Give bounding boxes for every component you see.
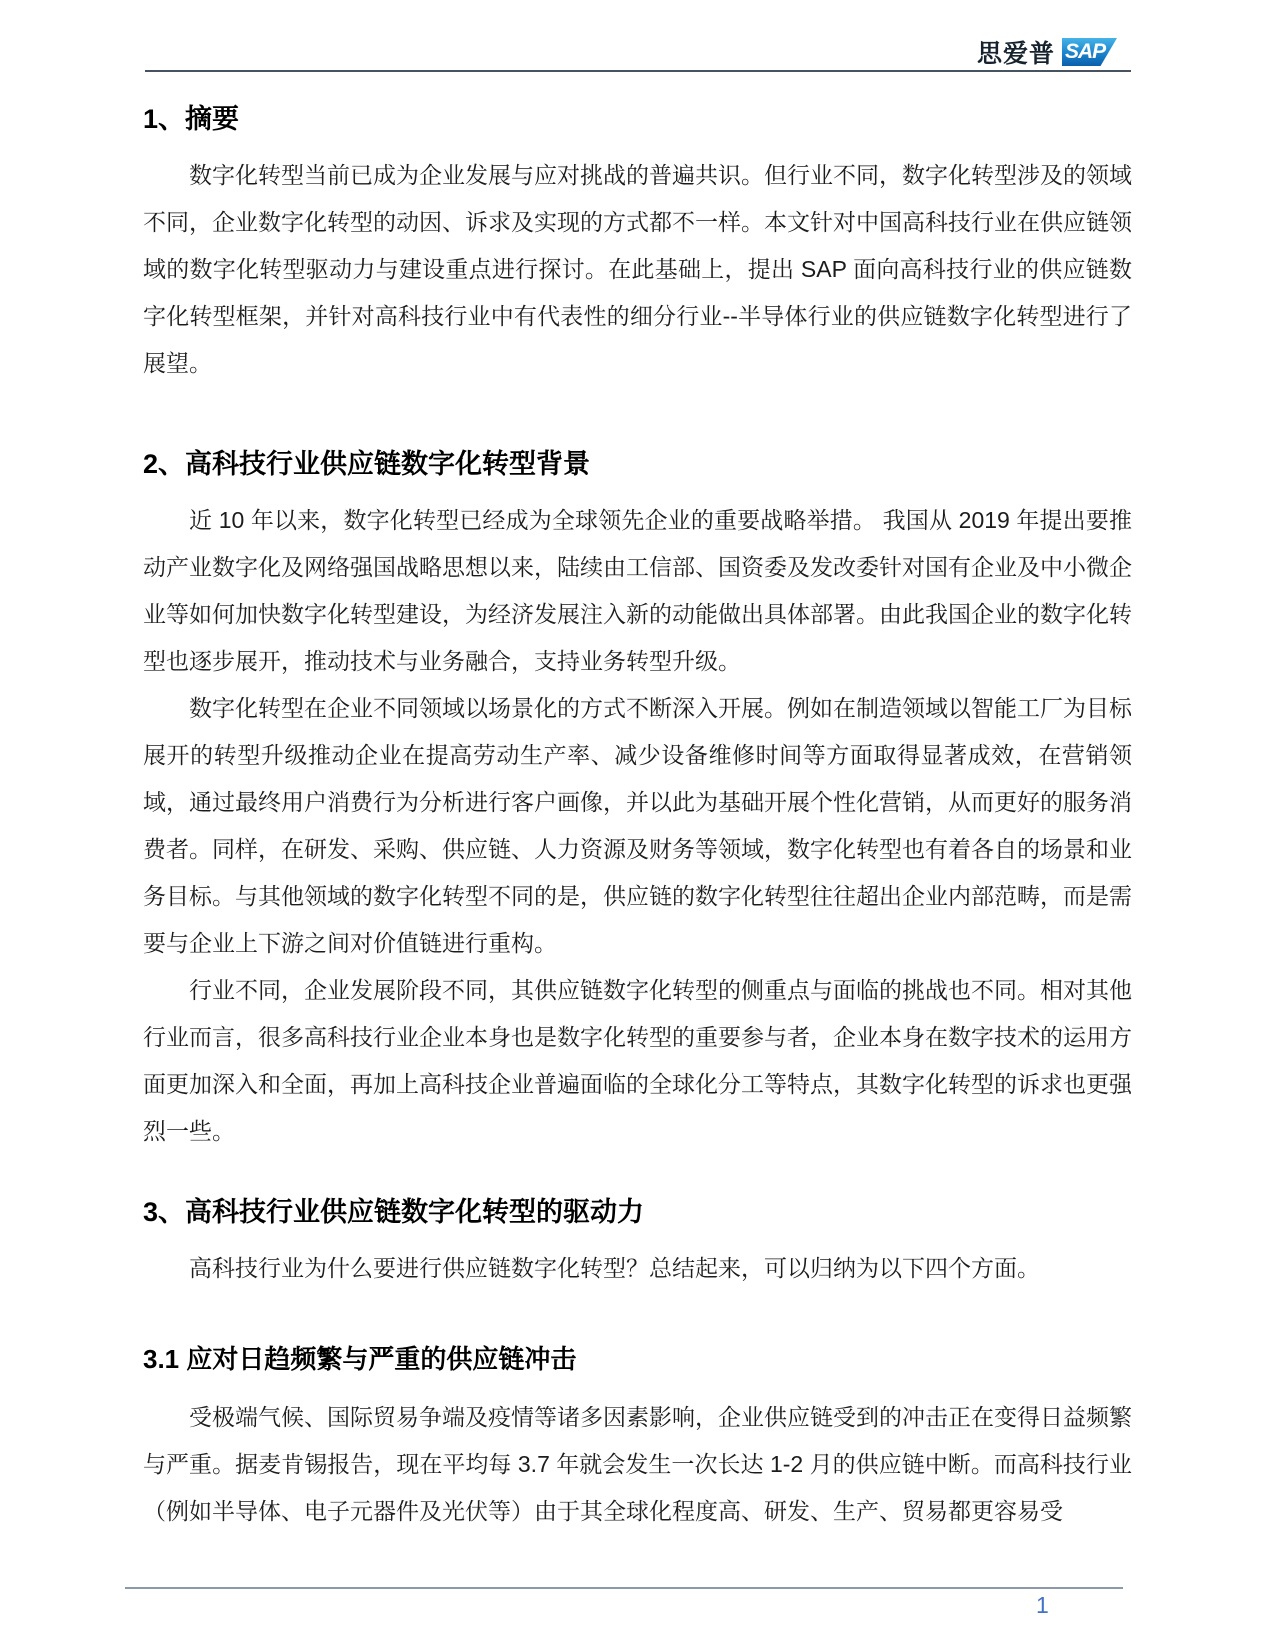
- sap-logo-text: SAP: [1065, 40, 1105, 63]
- section-1-paragraph-1: 数字化转型当前已成为企业发展与应对挑战的普遍共识。但行业不同，数字化转型涉及的领…: [143, 152, 1132, 387]
- section-3-heading: 3、高科技行业供应链数字化转型的驱动力: [143, 1195, 1132, 1229]
- page-number: 1: [1036, 1592, 1049, 1619]
- section-3-1-heading: 3.1 应对日趋频繁与严重的供应链冲击: [143, 1342, 1132, 1376]
- section-2-paragraph-2: 数字化转型在企业不同领域以场景化的方式不断深入开展。例如在制造领域以智能工厂为目…: [143, 685, 1132, 967]
- document-page: 思爱普 SAP 1、摘要 数字化转型当前已成为企业发展与应对挑战的普遍共识。但行…: [0, 0, 1275, 1650]
- section-3-paragraph-1: 高科技行业为什么要进行供应链数字化转型？总结起来，可以归纳为以下四个方面。: [143, 1245, 1132, 1292]
- section-2-paragraph-3: 行业不同，企业发展阶段不同，其供应链数字化转型的侧重点与面临的挑战也不同。相对其…: [143, 967, 1132, 1155]
- brand-lockup: 思爱普 SAP: [977, 34, 1117, 70]
- section-1-heading: 1、摘要: [143, 102, 1132, 136]
- sap-logo-icon: SAP: [1062, 38, 1117, 66]
- document-body: 1、摘要 数字化转型当前已成为企业发展与应对挑战的普遍共识。但行业不同，数字化转…: [143, 72, 1132, 1535]
- section-3-1-paragraph-1: 受极端气候、国际贸易争端及疫情等诸多因素影响，企业供应链受到的冲击正在变得日益频…: [143, 1394, 1132, 1535]
- section-2-heading: 2、高科技行业供应链数字化转型背景: [143, 447, 1132, 481]
- brand-chinese-name: 思爱普: [977, 34, 1055, 70]
- section-2-paragraph-1: 近 10 年以来，数字化转型已经成为全球领先企业的重要战略举措。 我国从 201…: [143, 497, 1132, 685]
- footer-divider: [125, 1587, 1123, 1589]
